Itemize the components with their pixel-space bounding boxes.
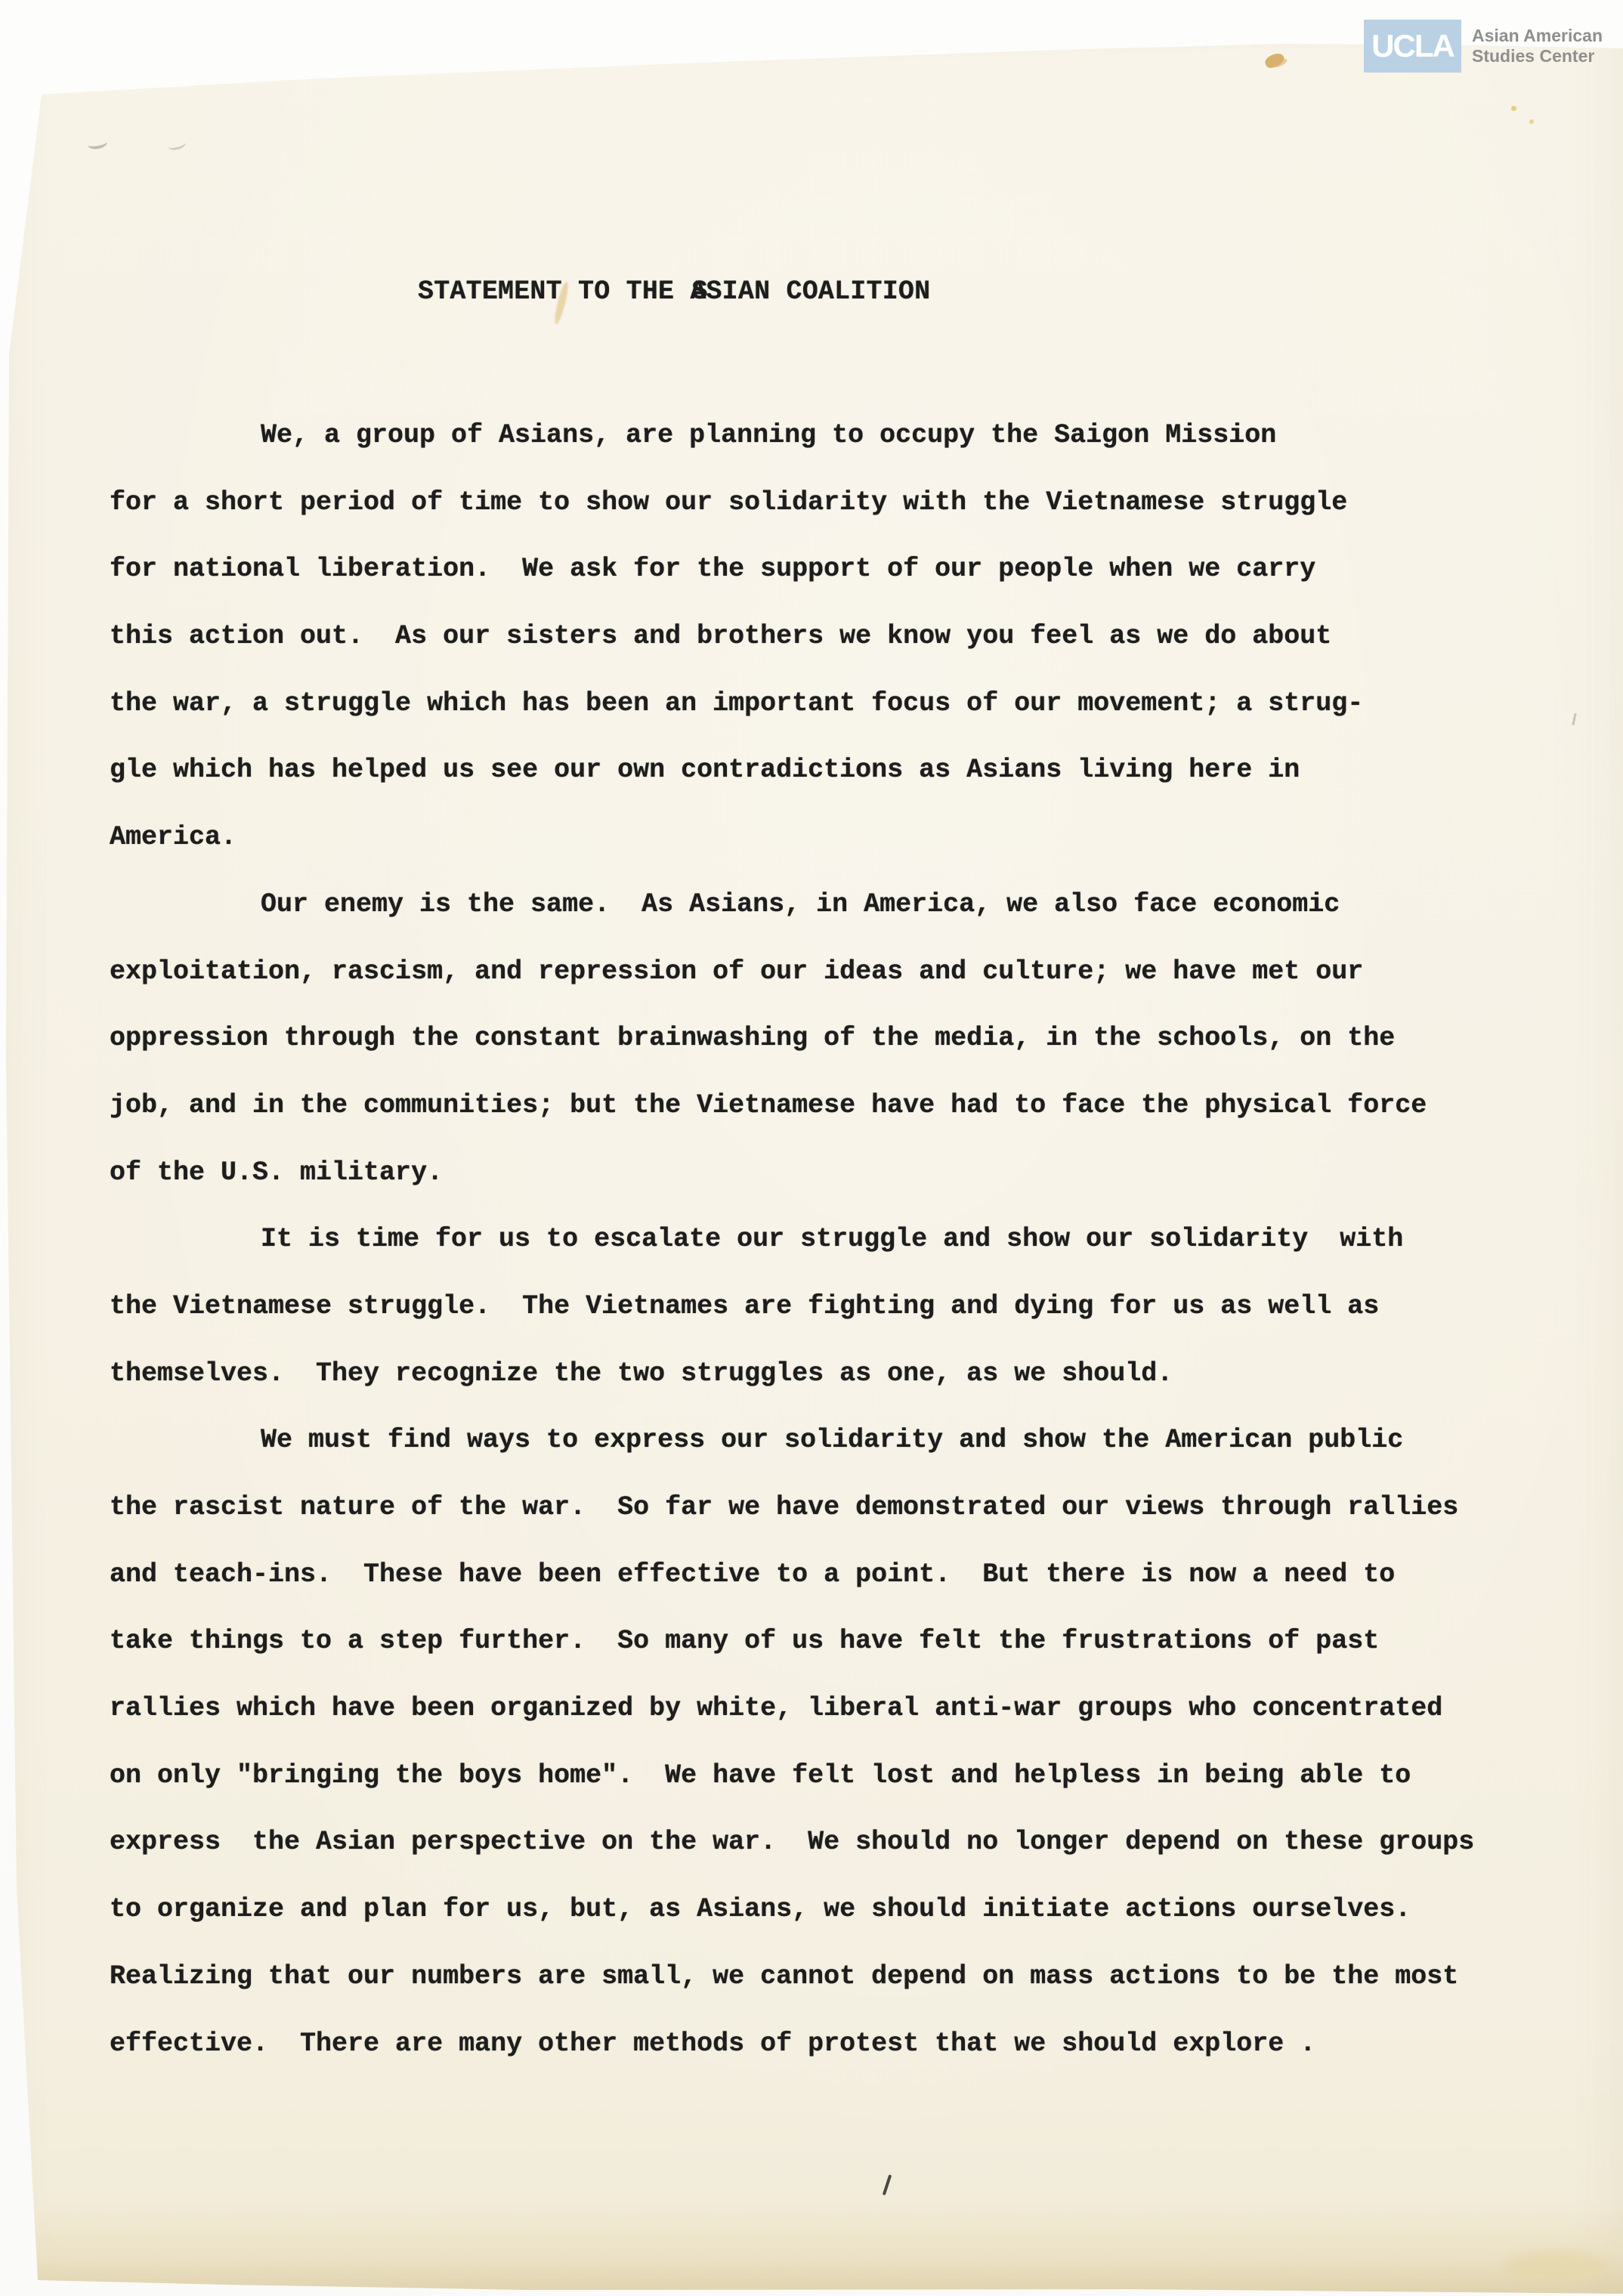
typewritten-line: the Vietnamese struggle. The Vietnames a… xyxy=(110,1273,1515,1340)
typewritten-line: the war, a struggle which has been an im… xyxy=(110,670,1515,737)
typewritten-line: job, and in the communities; but the Vie… xyxy=(110,1072,1515,1139)
typewritten-line: on only "bringing the boys home". We hav… xyxy=(110,1742,1515,1809)
typewritten-line: We, a group of Asians, are planning to o… xyxy=(110,402,1515,469)
typewritten-line: exploitation, rascism, and repression of… xyxy=(110,938,1515,1006)
typewritten-line: themselves. They recognize the two strug… xyxy=(110,1340,1515,1408)
typewritten-line: of the U.S. military. xyxy=(110,1139,1515,1207)
org-name-line2: Studies Center xyxy=(1472,46,1603,66)
corner-stain xyxy=(1504,2251,1609,2285)
typewritten-line: this action out. As our sisters and brot… xyxy=(110,603,1515,670)
document-title: STATEMENT TO THE ASSIAN COALITION xyxy=(418,277,930,307)
stain-spot xyxy=(1263,51,1286,70)
archive-watermark: UCLA Asian American Studies Center xyxy=(1364,20,1603,73)
typewritten-line: and teach-ins. These have been effective… xyxy=(110,1541,1515,1608)
pencil-mark xyxy=(87,137,108,150)
typewritten-line: America. xyxy=(110,804,1515,871)
typewritten-line: for a short period of time to show our s… xyxy=(110,469,1515,536)
stain-speck xyxy=(1529,119,1534,124)
org-name-line1: Asian American xyxy=(1472,26,1603,46)
typewritten-line: take things to a step further. So many o… xyxy=(110,1608,1515,1675)
typewritten-line: We must find ways to express our solidar… xyxy=(110,1407,1515,1474)
paper-sheet: STATEMENT TO THE ASSIAN COALITION We, a … xyxy=(0,0,1623,2296)
typewritten-line: It is time for us to escalate our strugg… xyxy=(110,1206,1515,1273)
margin-tick-mark xyxy=(1572,713,1576,725)
stain-speck xyxy=(1511,106,1516,111)
typewritten-line: to organize and plan for us, but, as Asi… xyxy=(110,1876,1515,1943)
pencil-mark xyxy=(167,138,187,151)
title-prefix: STATEMENT TO THE xyxy=(418,277,690,307)
typewritten-line: Realizing that our numbers are small, we… xyxy=(110,1943,1515,2010)
ucla-logo: UCLA xyxy=(1364,20,1461,73)
typewritten-line: oppression through the constant brainwas… xyxy=(110,1005,1515,1072)
typewritten-line: the rascist nature of the war. So far we… xyxy=(110,1474,1515,1541)
typewritten-line: gle which has helped us see our own cont… xyxy=(110,737,1515,804)
scanned-document: STATEMENT TO THE ASSIAN COALITION We, a … xyxy=(0,0,1623,2296)
overstrike-over: S xyxy=(691,277,707,307)
typewritten-line: effective. There are many other methods … xyxy=(110,2010,1515,2078)
title-overstruck-letter: AS xyxy=(690,277,706,307)
document-body: We, a group of Asians, are planning to o… xyxy=(110,402,1515,2077)
typewritten-line: Our enemy is the same. As Asians, in Ame… xyxy=(110,871,1515,938)
typewritten-line: for national liberation. We ask for the … xyxy=(110,536,1515,603)
typewritten-line: express the Asian perspective on the war… xyxy=(110,1809,1515,1876)
typewritten-line: rallies which have been organized by whi… xyxy=(110,1675,1515,1742)
org-name: Asian American Studies Center xyxy=(1472,20,1603,66)
title-suffix: SIAN COALITION xyxy=(706,277,930,307)
paper-bottom-edge-shading xyxy=(0,2198,1623,2296)
ink-slash-mark xyxy=(883,2174,892,2196)
ucla-logo-text: UCLA xyxy=(1371,28,1454,64)
